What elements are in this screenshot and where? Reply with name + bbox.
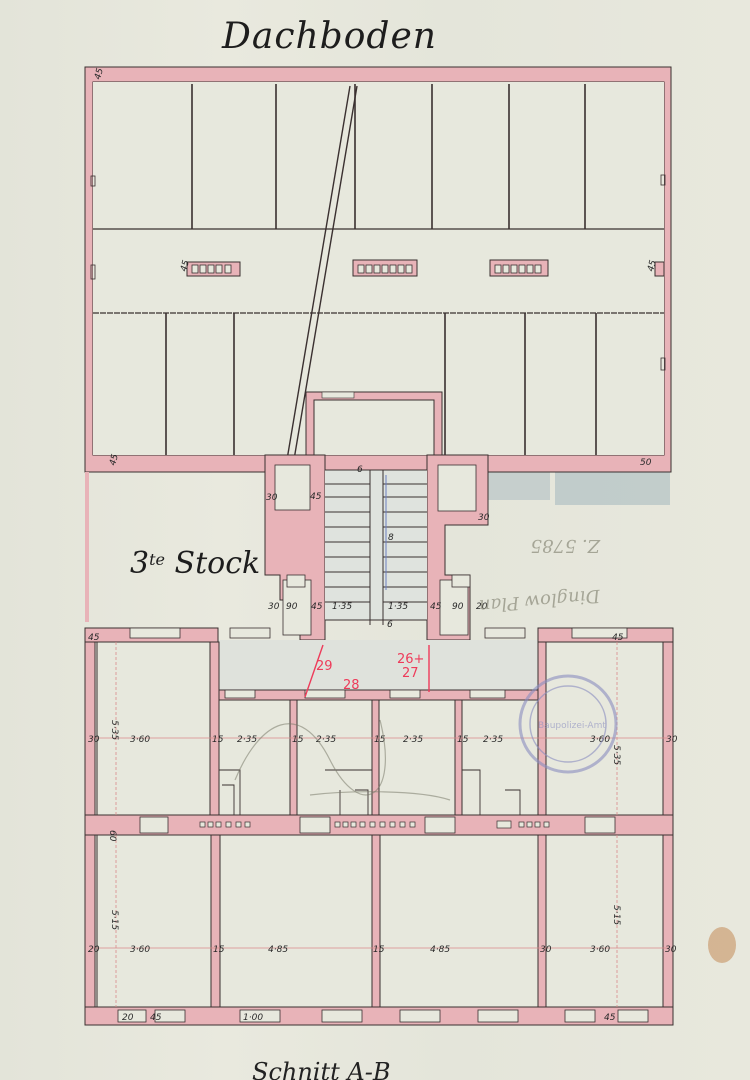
svg-text:45: 45 bbox=[88, 633, 100, 643]
svg-text:27: 27 bbox=[402, 666, 419, 681]
svg-text:90: 90 bbox=[286, 602, 298, 612]
floor-suffix: te bbox=[149, 550, 165, 569]
svg-text:26+: 26+ bbox=[397, 652, 424, 667]
room-upper-5 bbox=[462, 700, 538, 815]
svg-text:45: 45 bbox=[310, 492, 322, 502]
svg-text:4·85: 4·85 bbox=[430, 945, 450, 955]
svg-text:29: 29 bbox=[316, 659, 333, 674]
svg-text:3·60: 3·60 bbox=[590, 945, 610, 955]
svg-text:15: 15 bbox=[213, 945, 225, 955]
room-upper-3 bbox=[297, 700, 372, 815]
svg-text:60: 60 bbox=[107, 830, 117, 842]
svg-text:5·35: 5·35 bbox=[611, 745, 621, 765]
svg-text:45: 45 bbox=[604, 1013, 616, 1023]
room-upper-2 bbox=[219, 700, 290, 815]
drawing-sheet: Dachboden 10 bbox=[0, 0, 750, 1080]
svg-text:20: 20 bbox=[88, 945, 100, 955]
svg-text:5·15: 5·15 bbox=[611, 905, 621, 925]
svg-text:1·00: 1·00 bbox=[243, 1013, 263, 1023]
svg-text:6: 6 bbox=[357, 465, 363, 475]
svg-text:Dinglow Plan: Dinglow Plan bbox=[478, 585, 602, 617]
svg-text:5·15: 5·15 bbox=[109, 910, 119, 930]
svg-text:45: 45 bbox=[612, 633, 624, 643]
floor-word: Stock bbox=[175, 546, 261, 581]
svg-text:20: 20 bbox=[122, 1013, 134, 1023]
svg-text:1·35: 1·35 bbox=[332, 602, 352, 612]
svg-text:28: 28 bbox=[343, 678, 360, 693]
svg-text:Z. 5785: Z. 5785 bbox=[531, 535, 601, 556]
svg-text:15: 15 bbox=[457, 735, 469, 745]
svg-text:1·35: 1·35 bbox=[388, 602, 408, 612]
svg-text:45: 45 bbox=[430, 602, 442, 612]
svg-text:2·35: 2·35 bbox=[237, 735, 257, 745]
svg-text:30: 30 bbox=[268, 602, 280, 612]
svg-text:30: 30 bbox=[540, 945, 552, 955]
svg-text:4·85: 4·85 bbox=[268, 945, 288, 955]
svg-text:15: 15 bbox=[373, 945, 385, 955]
floor-label: 3te Stock bbox=[130, 546, 260, 581]
floor-number: 3 bbox=[130, 546, 149, 581]
svg-text:30: 30 bbox=[478, 513, 490, 523]
svg-text:2·35: 2·35 bbox=[316, 735, 336, 745]
section-title: Schnitt A-B bbox=[252, 1058, 390, 1080]
svg-text:8: 8 bbox=[388, 533, 394, 543]
svg-text:3·60: 3·60 bbox=[130, 945, 150, 955]
svg-text:2·35: 2·35 bbox=[483, 735, 503, 745]
svg-text:30: 30 bbox=[665, 945, 677, 955]
svg-text:30: 30 bbox=[266, 493, 278, 503]
svg-text:6: 6 bbox=[387, 620, 393, 630]
svg-text:5·35: 5·35 bbox=[109, 720, 119, 740]
svg-text:Baupolizei-Amt: Baupolizei-Amt bbox=[538, 721, 606, 731]
svg-text:30: 30 bbox=[88, 735, 100, 745]
svg-text:2·35: 2·35 bbox=[403, 735, 423, 745]
svg-text:50: 50 bbox=[640, 458, 652, 468]
svg-text:45: 45 bbox=[150, 1013, 162, 1023]
svg-text:30: 30 bbox=[666, 735, 678, 745]
room-lower-3 bbox=[380, 835, 538, 1007]
svg-text:45: 45 bbox=[311, 602, 323, 612]
room-lower-right bbox=[546, 835, 663, 1007]
attic-plan: 45 45 45 45 50 bbox=[85, 67, 671, 513]
room-lower-2 bbox=[220, 835, 372, 1007]
svg-text:3·60: 3·60 bbox=[130, 735, 150, 745]
svg-text:15: 15 bbox=[292, 735, 304, 745]
svg-text:90: 90 bbox=[452, 602, 464, 612]
floor-plan: 10 bbox=[0, 0, 750, 1080]
svg-text:15: 15 bbox=[212, 735, 224, 745]
